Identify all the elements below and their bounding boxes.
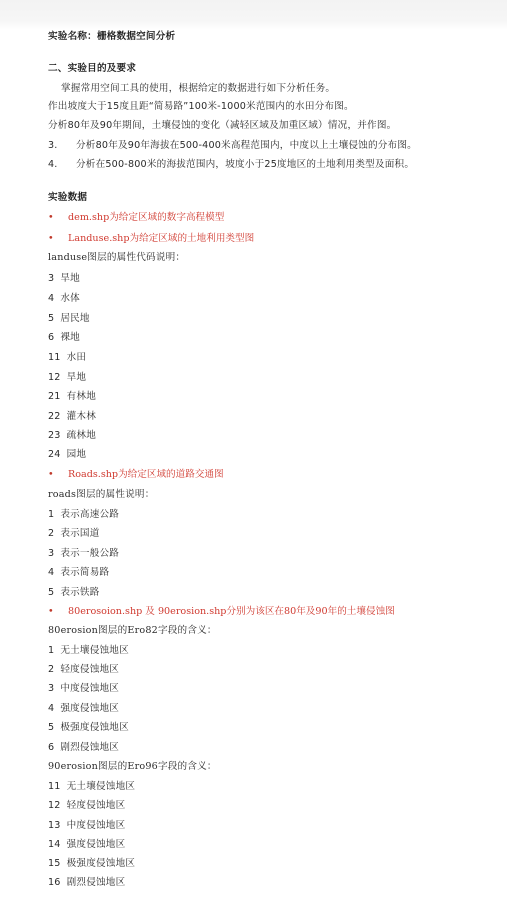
list-item: 14强度侵蚀地区 xyxy=(48,839,125,851)
list-item: 22灌木林 xyxy=(48,411,96,423)
list-item: 5表示铁路 xyxy=(48,587,100,599)
task-item: 3.分析80年及90年海拔在500-400米高程范围内，中度以上土壤侵蚀的分布图… xyxy=(48,140,417,152)
list-item: 3表示一般公路 xyxy=(48,548,119,560)
bullet-icon: • xyxy=(48,233,68,245)
list-item: 21有林地 xyxy=(48,391,96,403)
list-item: 6剧烈侵蚀地区 xyxy=(48,742,119,754)
list-item: 5极强度侵蚀地区 xyxy=(48,722,129,734)
bullet-icon: • xyxy=(48,606,68,618)
list-item: 16剧烈侵蚀地区 xyxy=(48,877,125,889)
landuse-label: landuse图层的属性代码说明： xyxy=(48,252,185,264)
data-bullet-landuse: •Landuse.shp为给定区域的土地利用类型图 xyxy=(48,233,254,245)
list-item: 11水田 xyxy=(48,352,86,364)
section-heading-objectives: 二、实验目的及要求 xyxy=(48,63,136,75)
list-item: 4水体 xyxy=(48,293,80,305)
task-number: 3. xyxy=(48,140,76,152)
list-item: 12旱地 xyxy=(48,372,86,384)
list-item: 24园地 xyxy=(48,449,86,461)
bullet-text: 80erosoion.shp 及 90erosion.shp分别为该区在80年及… xyxy=(68,606,395,617)
bullet-text: Landuse.shp为给定区域的土地利用类型图 xyxy=(68,233,254,244)
roads-label: roads图层的属性说明： xyxy=(48,489,155,501)
task-item: 4.分析在500-800米的海拔范围内，坡度小于25度地区的土地利用类型及面积。 xyxy=(48,159,414,171)
experiment-title: 实验名称：栅格数据空间分析 xyxy=(48,31,175,43)
task-item: 分析80年及90年期间，土壤侵蚀的变化（减轻区域及加重区域）情况，并作图。 xyxy=(48,120,396,132)
task-number: 4. xyxy=(48,159,76,171)
list-item: 5居民地 xyxy=(48,313,90,325)
bullet-text: dem.shp为给定区域的数字高程模型 xyxy=(68,212,224,223)
list-item: 2轻度侵蚀地区 xyxy=(48,664,119,676)
viewer-top-band xyxy=(0,0,507,30)
erosion80-label: 80erosion图层的Ero82字段的含义： xyxy=(48,625,217,637)
task-item: 作出坡度大于15度且距“简易路”100米-1000米范围内的水田分布图。 xyxy=(48,101,354,113)
task-text: 分析80年及90年海拔在500-400米高程范围内，中度以上土壤侵蚀的分布图。 xyxy=(76,140,417,151)
task-text: 分析在500-800米的海拔范围内，坡度小于25度地区的土地利用类型及面积。 xyxy=(76,159,414,170)
list-item: 2表示国道 xyxy=(48,528,100,540)
list-item: 3旱地 xyxy=(48,273,80,285)
objectives-intro: 掌握常用空间工具的使用，根据给定的数据进行如下分析任务。 xyxy=(61,83,335,95)
list-item: 4强度侵蚀地区 xyxy=(48,703,119,715)
data-bullet-roads: •Roads.shp为给定区域的道路交通图 xyxy=(48,469,224,481)
list-item: 13中度侵蚀地区 xyxy=(48,820,125,832)
list-item: 1表示高速公路 xyxy=(48,509,119,521)
data-bullet-dem: •dem.shp为给定区域的数字高程模型 xyxy=(48,212,224,224)
list-item: 23疏林地 xyxy=(48,430,96,442)
section-heading-data: 实验数据 xyxy=(48,192,87,204)
bullet-text: Roads.shp为给定区域的道路交通图 xyxy=(68,469,224,480)
list-item: 15极强度侵蚀地区 xyxy=(48,858,135,870)
list-item: 3中度侵蚀地区 xyxy=(48,683,119,695)
bullet-icon: • xyxy=(48,469,68,481)
erosion90-label: 90erosion图层的Ero96字段的含义： xyxy=(48,761,217,773)
list-item: 4表示简易路 xyxy=(48,567,109,579)
list-item: 6裸地 xyxy=(48,332,80,344)
list-item: 1无土壤侵蚀地区 xyxy=(48,645,129,657)
data-bullet-erosion: •80erosoion.shp 及 90erosion.shp分别为该区在80年… xyxy=(48,606,395,618)
list-item: 11无土壤侵蚀地区 xyxy=(48,781,135,793)
bullet-icon: • xyxy=(48,212,68,224)
list-item: 12轻度侵蚀地区 xyxy=(48,800,125,812)
